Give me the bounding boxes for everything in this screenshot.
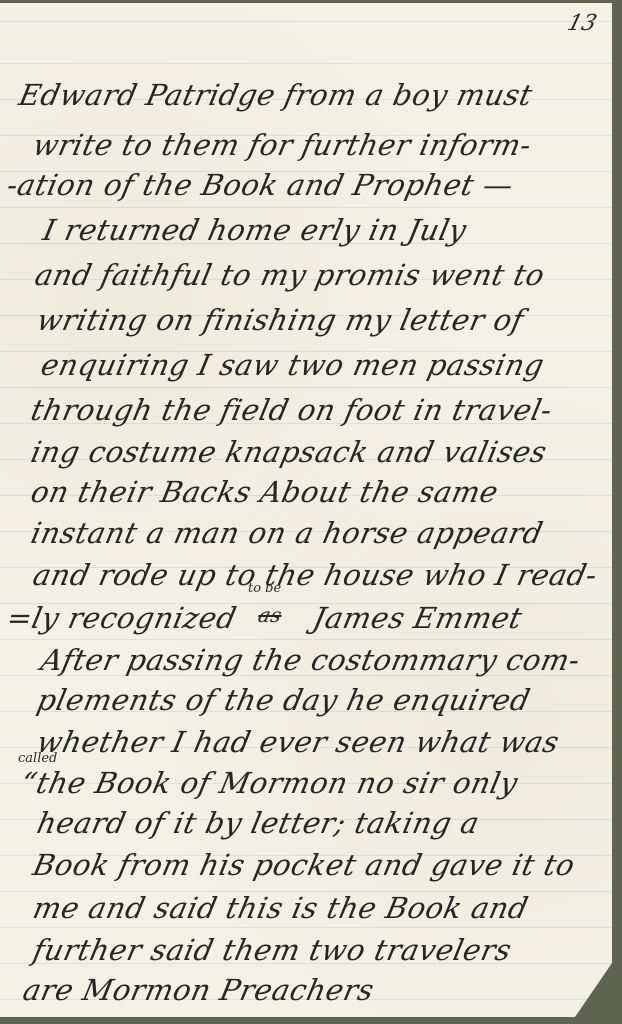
manuscript-line: write to them for further inform- <box>30 128 535 162</box>
manuscript-line: “the Book of Mormon no sir only <box>18 766 521 800</box>
manuscript-line: and rode up to the house who I read- <box>30 558 600 592</box>
manuscript-line: on their Backs About the same <box>28 475 502 509</box>
manuscript-line: writing on finishing my letter of <box>34 303 527 337</box>
insertion-note: called <box>18 751 57 766</box>
manuscript-line: James Emmet <box>310 601 525 635</box>
insertion-note: to be <box>248 581 281 596</box>
manuscript-line: =ly recognized <box>4 601 240 635</box>
manuscript-line: plements of the day he enquired <box>34 683 533 717</box>
manuscript-line: Book from his pocket and gave it to <box>30 848 578 882</box>
manuscript-line: are Mormon Preachers <box>20 973 377 1007</box>
struck-text: as <box>256 603 284 627</box>
manuscript-line: Edward Patridge from a boy must <box>16 78 536 112</box>
manuscript-line: enquiring I saw two men passing <box>38 348 547 382</box>
manuscript-line: instant a man on a horse appeard <box>28 516 546 550</box>
manuscript-line: and faithful to my promis went to <box>32 258 548 292</box>
manuscript-line: whether I had ever seen what was <box>34 725 562 759</box>
manuscript-line: ing costume knapsack and valises <box>28 435 550 469</box>
manuscript-line: through the field on foot in travel- <box>28 393 555 427</box>
page-number: 13 <box>565 11 600 36</box>
manuscript-page: 13 Edward Patridge from a boy must write… <box>0 3 612 1017</box>
manuscript-line: me and said this is the Book and <box>30 891 531 925</box>
manuscript-line: heard of it by letter; taking a <box>34 806 483 840</box>
manuscript-line: After passing the costommary com- <box>38 643 583 677</box>
manuscript-line: further said them two travelers <box>30 933 515 967</box>
manuscript-line: -ation of the Book and Prophet — <box>4 168 517 202</box>
manuscript-line: I returned home erly in July <box>40 213 470 247</box>
